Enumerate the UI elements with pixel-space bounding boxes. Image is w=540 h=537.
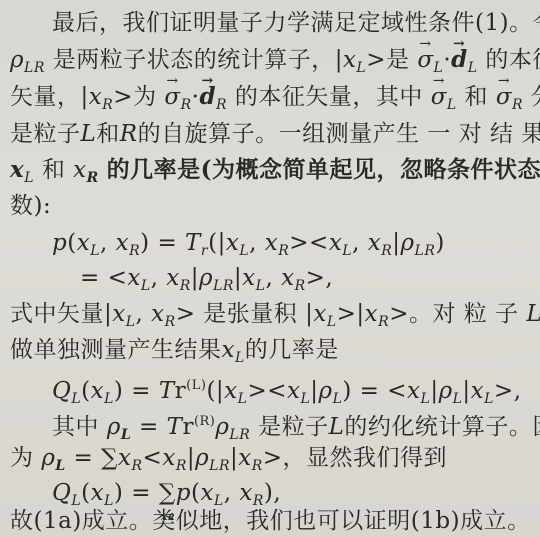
text-run: 是粒子 bbox=[258, 414, 329, 440]
equation-marginal-probability: QL(xL) = Tr(L)(|xL><xL|ρL) = <xL|ρL|xL>, bbox=[52, 369, 534, 403]
paragraph-line-10: 为 ρL = ∑xR<xR|ρLR|xR>，显然我们得到 bbox=[10, 441, 534, 475]
math-ket-xl: |xL> bbox=[335, 47, 386, 73]
text-run: 的几率是(为概念简单起见，忽略条件状态参 bbox=[107, 156, 540, 183]
document-page: 最后，我们证明量子力学满足定域性条件(1)。令 ρLR 是两粒子状态的统计算子，… bbox=[0, 0, 540, 537]
text-run: 的本征矢量，其中 bbox=[235, 84, 423, 110]
math-r: R bbox=[120, 121, 138, 147]
math-tensor: |xL>|xR> bbox=[305, 301, 409, 327]
text-run: 是 bbox=[386, 47, 410, 73]
text-run: 和 bbox=[465, 84, 489, 110]
text-run: 分别 bbox=[531, 84, 540, 110]
text-run: 是两粒子状态的统计算子， bbox=[53, 47, 335, 73]
text-run: 和 bbox=[96, 121, 120, 147]
text-run: 的自旋算子。一组测量产生 一 对 结 果 bbox=[138, 121, 540, 147]
equation-joint-probability-cont: = <xL, xR|ρLR|xL, xR>, bbox=[80, 261, 534, 295]
paragraph-line-2: ρLR 是两粒子状态的统计算子，|xL>是 σL·dL 的本征 bbox=[10, 43, 534, 77]
text-run: 故(1a)成立。类似地，我们也可以证明(1b)成立。 bbox=[10, 508, 531, 534]
text-run: 式中矢量 bbox=[10, 301, 104, 327]
text-run: 做单独测量产生结果 bbox=[10, 337, 222, 363]
paragraph-line-3: 矢量，|xR>为 σR·dR 的本征矢量，其中 σL 和 σR 分别 bbox=[10, 80, 534, 114]
math-l: L bbox=[329, 414, 345, 440]
paragraph-line-6: 数): bbox=[10, 189, 534, 223]
paragraph-line-11: 故(1a)成立。类似地，我们也可以证明(1b)成立。 bbox=[10, 504, 534, 537]
paragraph-line-8: 做单独测量产生结果xL的几率是 bbox=[10, 333, 534, 367]
paragraph-line-4: 是粒子L和R的自旋算子。一组测量产生 一 对 结 果 bbox=[10, 117, 534, 151]
text-run: ，显然我们得到 bbox=[283, 445, 448, 471]
math-xr: xR bbox=[73, 157, 99, 183]
text-run: 是张量积 bbox=[203, 301, 297, 327]
text-run: 为 bbox=[133, 84, 157, 110]
math-rho-l-def: ρL = Tr(R)ρLR bbox=[107, 414, 250, 440]
math-sigma-l: σL bbox=[431, 84, 457, 110]
text-run: 是粒子 bbox=[10, 121, 81, 147]
math-rho-lr: ρLR bbox=[10, 47, 45, 73]
text-run: 数): bbox=[10, 193, 51, 219]
paragraph-line-5: xL 和 xR 的几率是(为概念简单起见，忽略条件状态参 bbox=[10, 153, 534, 187]
math-xl: xL bbox=[10, 157, 34, 183]
paragraph-line-7: 式中矢量|xL, xR> 是张量积 |xL>|xR>。对 粒 子 L 所 bbox=[10, 297, 534, 331]
math-sigma-dot-d-l: σL·dL bbox=[417, 47, 477, 73]
paragraph-line-9: 其中 ρL = Tr(R)ρLR 是粒子L的约化统计算子。因 bbox=[52, 405, 534, 439]
math-sigma-dot-d-r: σR·dR bbox=[164, 84, 227, 110]
text-run: 为 bbox=[10, 445, 34, 471]
text-run: 其中 bbox=[52, 414, 99, 440]
text-run: 的几率是 bbox=[245, 337, 339, 363]
text-run: 的本征 bbox=[485, 47, 540, 73]
math-l: L bbox=[81, 121, 97, 147]
math-ket-xr: |xR> bbox=[81, 84, 134, 110]
math-l: L bbox=[526, 301, 540, 327]
text-run: 。对 粒 子 bbox=[409, 301, 519, 327]
math-xl: xL bbox=[222, 337, 245, 363]
math-sigma-r: σR bbox=[496, 84, 523, 110]
math-rho-l-sum: ρL = ∑xR<xR|ρLR|xR> bbox=[41, 445, 282, 471]
text-run: 最后，我们证明量子力学满足定域性条件(1)。令 bbox=[52, 10, 540, 36]
text-run: 矢量， bbox=[10, 84, 81, 110]
math-ket-xl-xr: |xL, xR> bbox=[104, 301, 195, 327]
text-run: 的约化统计算子。因 bbox=[344, 414, 540, 440]
text-run: 和 bbox=[42, 157, 66, 183]
equation-joint-probability: p(xL, xR) = Tr(|xL, xR><xL, xR|ρLR) bbox=[52, 226, 534, 260]
